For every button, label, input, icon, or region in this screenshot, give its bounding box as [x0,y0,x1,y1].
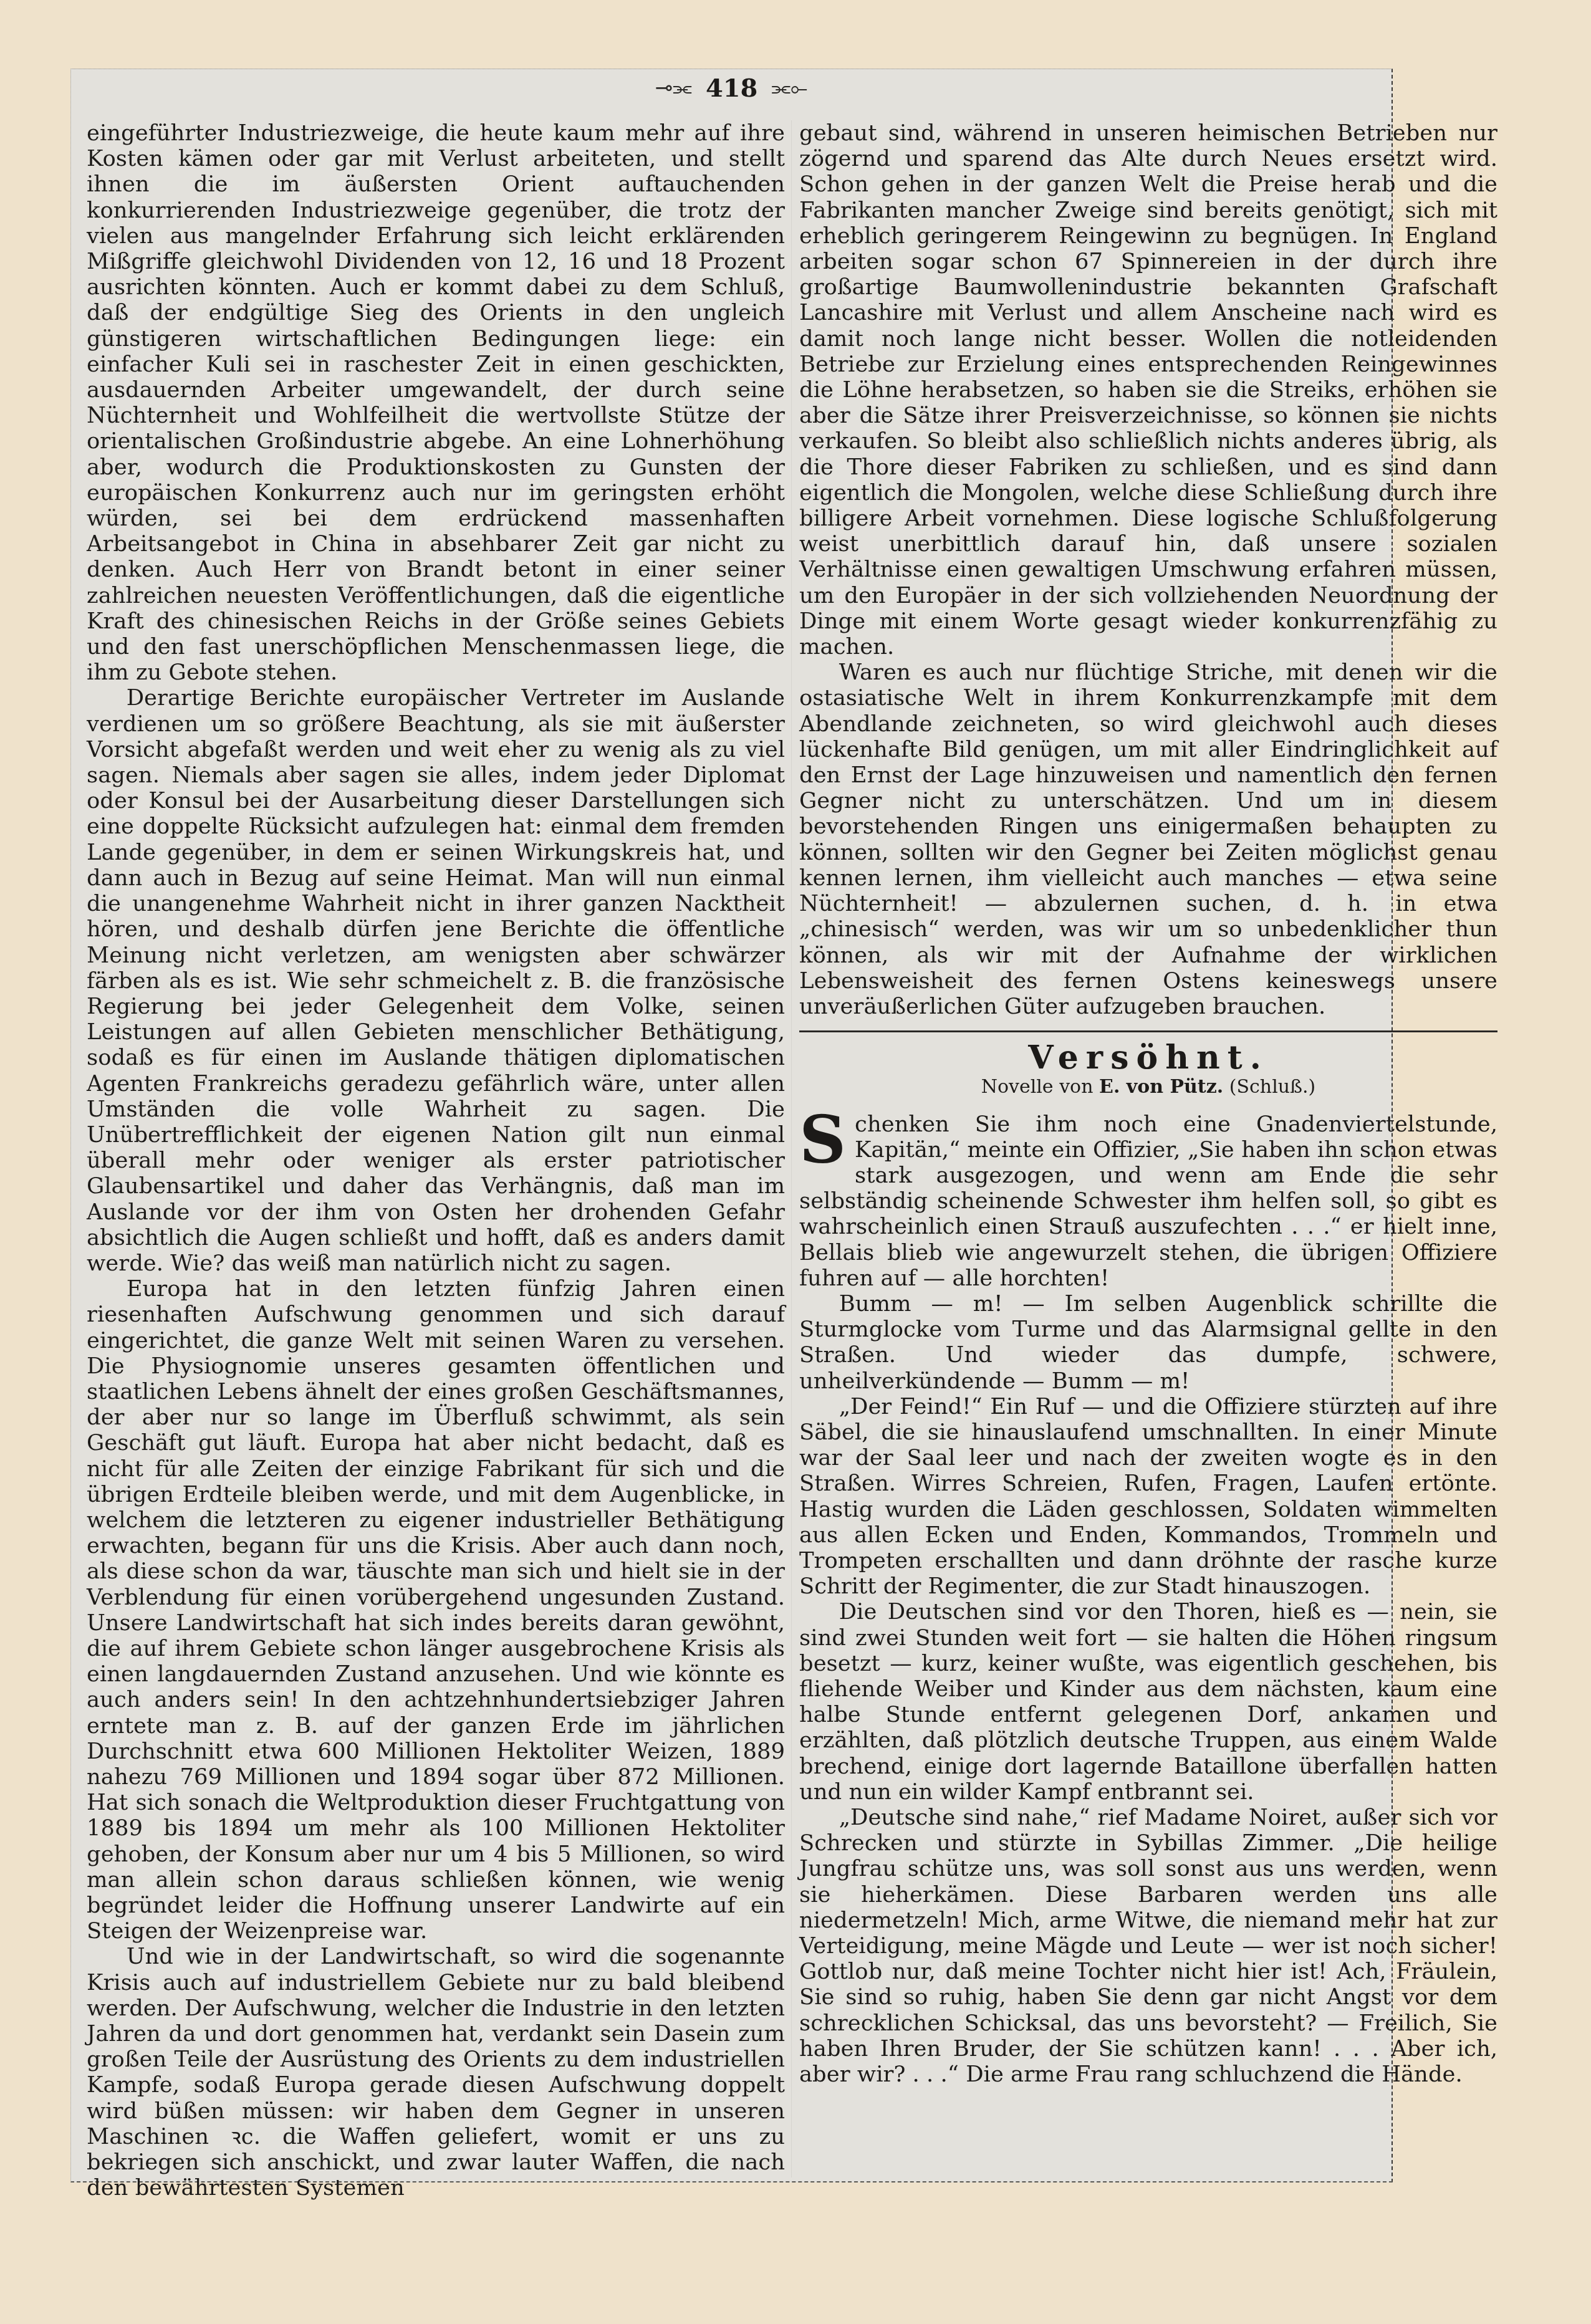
ornament-right-icon: ⫘⟜ [771,77,807,98]
section-rule [799,1030,1497,1032]
page-number: 418 [706,74,758,103]
ornament-left-icon: ⊸⫘ [655,77,692,98]
paragraph: Bumm — m! — Im selben Augenblick schrill… [799,1291,1497,1394]
column-divider [791,120,792,2178]
byline-prefix: Novelle von [981,1076,1094,1098]
drop-cap: S [799,1115,846,1165]
paragraph: „Deutsche sind nahe,“ rief Madame Noiret… [799,1805,1497,2087]
story-title: Versöhnt. [799,1045,1497,1070]
paragraph: gebaut sind, während in unseren heimisch… [799,120,1497,660]
paragraph: Derartige Berichte europäischer Vertrete… [87,685,785,1276]
story-byline: Novelle von E. von Pütz. (Schluß.) [799,1074,1497,1100]
story-header: Versöhnt. Novelle von E. von Pütz. (Schl… [799,1045,1497,1100]
left-column: eingeführter Industriezweige, die heute … [87,120,785,2201]
right-column: gebaut sind, während in unseren heimisch… [799,120,1497,2087]
paragraph: Und wie in der Landwirtschaft, so wird d… [87,1944,785,2201]
byline-suffix: (Schluß.) [1229,1076,1316,1098]
paragraph: Waren es auch nur flüchtige Striche, mit… [799,660,1497,1019]
paragraph: Die Deutschen sind vor den Thoren, hieß … [799,1599,1497,1805]
printed-page: ⊸⫘ 418 ⫘⟜ eingeführter Industriezweige, … [70,69,1393,2182]
paragraph: „Der Feind!“ Ein Ruf — und die Offiziere… [799,1394,1497,1600]
story-first-paragraph: Schenken Sie ihm noch eine Gnadenviertel… [799,1112,1497,1291]
page-header: ⊸⫘ 418 ⫘⟜ [71,69,1392,107]
story-author: E. von Pütz. [1099,1076,1223,1098]
first-paragraph-text: chenken Sie ihm noch eine Gnadenviertels… [799,1112,1497,1291]
paragraph: eingeführter Industriezweige, die heute … [87,120,785,685]
paragraph: Europa hat in den letzten fünfzig Jahren… [87,1276,785,1944]
